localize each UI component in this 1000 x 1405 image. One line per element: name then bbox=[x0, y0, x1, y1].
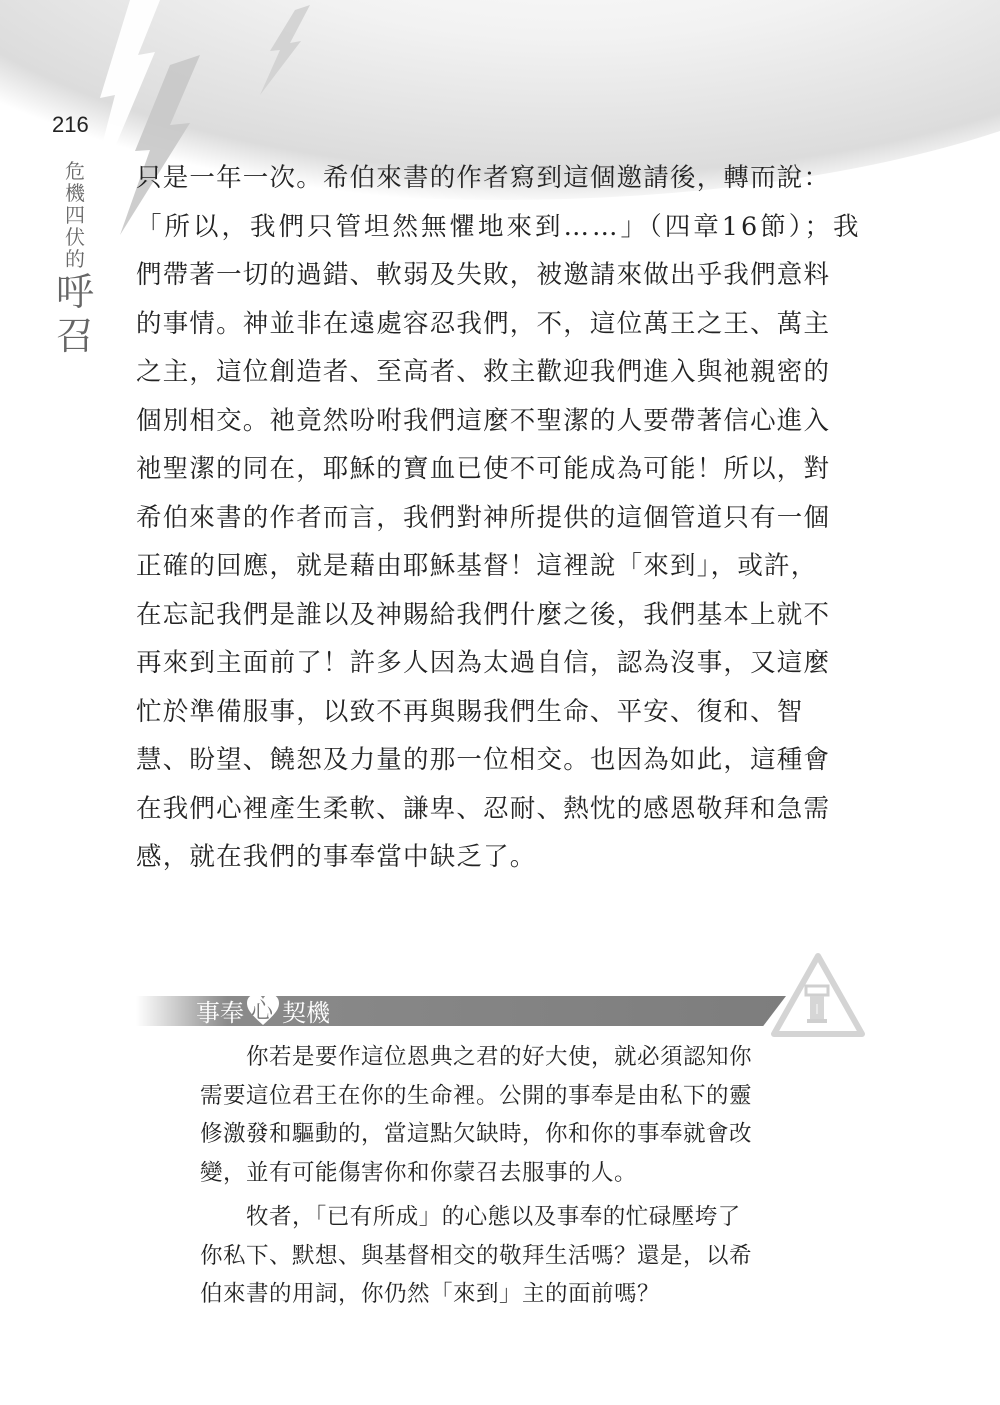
reflection-line: 你私下、默想、與基督相交的敬拜生活嗎？還是，以希 bbox=[200, 1237, 810, 1276]
reflection-line: 修激發和驅動的，當這點欠缺時，你和你的事奉就會改 bbox=[200, 1115, 810, 1154]
body-line: 希伯來書的作者而言，我們對神所提供的這個管道只有一個 bbox=[136, 494, 866, 543]
heart-icon: 心 bbox=[246, 993, 280, 1027]
heart-char: 心 bbox=[251, 994, 273, 1025]
section-title: 事奉 心 契機 bbox=[196, 993, 330, 1027]
body-line: 感，就在我們的事奉當中缺乏了。 bbox=[136, 833, 866, 882]
body-line: 個別相交。祂竟然吩咐我們這麼不聖潔的人要帶著信心進入 bbox=[136, 397, 866, 446]
body-line-quote: 「所以，我們只管坦然無懼地來到……」（四章16節）；我 bbox=[136, 203, 866, 252]
body-line: 的事情。神並非在遠處容忍我們，不，這位萬王之王、萬主 bbox=[136, 300, 866, 349]
body-paragraph: 只是一年一次。希伯來書的作者寫到這個邀請後，轉而說： 「所以，我們只管坦然無懼地… bbox=[136, 154, 866, 882]
running-title-char: 召 bbox=[54, 314, 96, 358]
section-title-part2: 契機 bbox=[282, 993, 330, 1028]
body-line: 之主，這位創造者、至高者、救主歡迎我們進入與祂親密的 bbox=[136, 348, 866, 397]
reflection-line: 伯來書的用詞，你仍然「來到」主的面前嗎？ bbox=[200, 1275, 810, 1314]
body-line: 正確的回應，就是藉由耶穌基督！這裡說「來到」，或許， bbox=[136, 542, 866, 591]
body-line: 們帶著一切的過錯、軟弱及失敗，被邀請來做出乎我們意料 bbox=[136, 251, 866, 300]
body-line: 慧、盼望、饒恕及力量的那一位相交。也因為如此，這種會 bbox=[136, 736, 866, 785]
reflection-line: 需要這位君王在你的生命裡。公開的事奉是由私下的靈 bbox=[200, 1077, 810, 1116]
section-title-part1: 事奉 bbox=[196, 993, 244, 1028]
body-line: 只是一年一次。希伯來書的作者寫到這個邀請後，轉而說： bbox=[136, 154, 866, 203]
running-title-char: 伏 bbox=[58, 226, 92, 248]
reflection-line: 變，並有可能傷害你和你蒙召去服事的人。 bbox=[200, 1154, 810, 1193]
body-line: 祂聖潔的同在，耶穌的寶血已使不可能成為可能！所以，對 bbox=[136, 445, 866, 494]
body-line: 忙於準備服事，以致不再與賜我們生命、平安、復和、智 bbox=[136, 688, 866, 737]
running-title-char: 危 bbox=[58, 160, 92, 182]
running-title: 危 機 四 伏 的 呼 召 bbox=[58, 160, 92, 358]
body-line: 在忘記我們是誰以及神賜給我們什麼之後，我們基本上就不 bbox=[136, 591, 866, 640]
reflection-box: 你若是要作這位恩典之君的好大使，就必須認知你 需要這位君王在你的生命裡。公開的事… bbox=[200, 1038, 810, 1314]
reflection-line: 你若是要作這位恩典之君的好大使，就必須認知你 bbox=[200, 1038, 810, 1077]
running-title-char: 四 bbox=[58, 204, 92, 226]
warning-pulpit-icon bbox=[770, 952, 866, 1038]
running-title-char: 機 bbox=[58, 182, 92, 204]
lightning-bolt-icon bbox=[255, 5, 315, 95]
running-title-char: 的 bbox=[58, 248, 92, 270]
reflection-line: 牧者，「已有所成」的心態以及事奉的忙碌壓垮了 bbox=[200, 1198, 810, 1237]
running-title-char: 呼 bbox=[54, 270, 96, 314]
page-number: 216 bbox=[52, 112, 89, 138]
body-line: 再來到主面前了！許多人因為太過自信，認為沒事，又這麼 bbox=[136, 639, 866, 688]
body-line: 在我們心裡產生柔軟、謙卑、忍耐、熱忱的感恩敬拜和急需 bbox=[136, 785, 866, 834]
